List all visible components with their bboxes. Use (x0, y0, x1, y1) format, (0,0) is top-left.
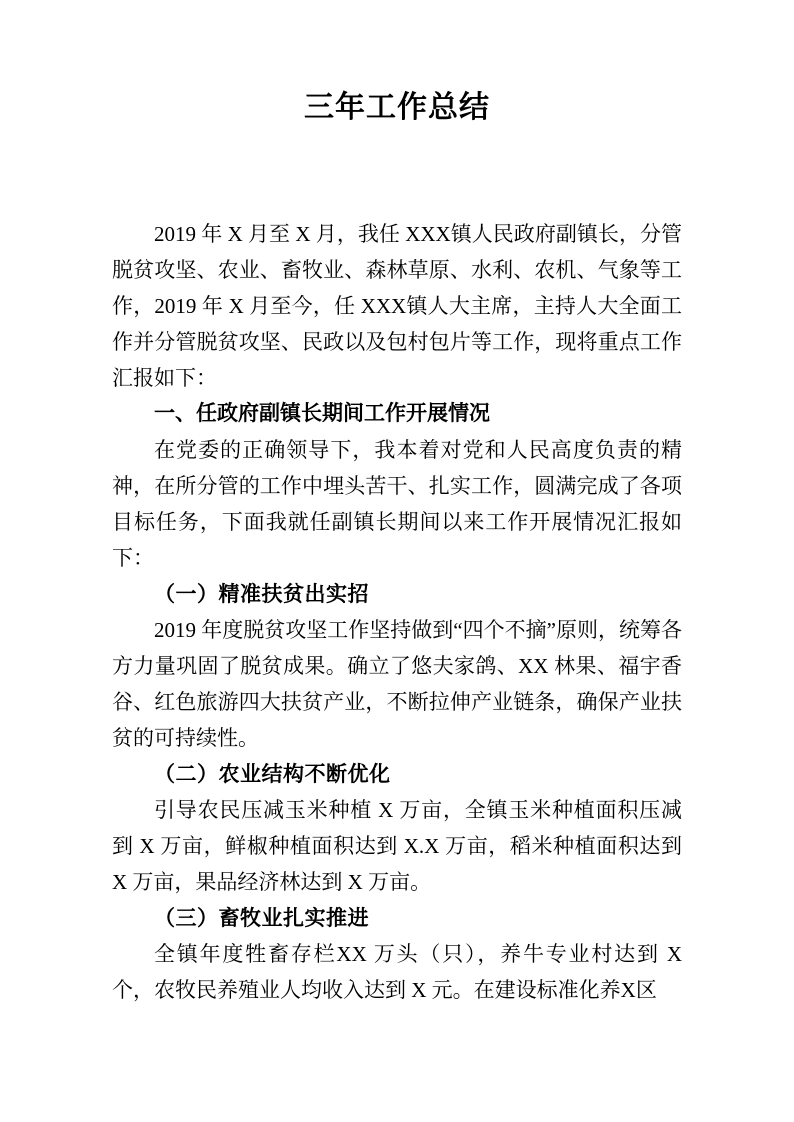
paragraph-section1-overview: 在党委的正确领导下，我本着对党和人民高度负责的精神，在所分管的工作中埋头苦干、扎… (112, 432, 682, 576)
subsection-heading-3-animal-husbandry: （三）畜牧业扎实推进 (112, 900, 682, 936)
section-heading-1: 一、任政府副镇长期间工作开展情况 (112, 396, 682, 432)
document-title: 三年工作总结 (112, 88, 682, 128)
paragraph-poverty-alleviation: 2019 年度脱贫攻坚工作坚持做到“四个不摘”原则，统筹各方力量巩固了脱贫成果。… (112, 612, 682, 756)
subsection-heading-2-agriculture-structure: （二）农业结构不断优化 (112, 756, 682, 792)
paragraph-intro: 2019 年 X 月至 X 月，我任 XXX镇人民政府副镇长，分管脱贫攻坚、农业… (112, 216, 682, 396)
document-content: 三年工作总结 2019 年 X 月至 X 月，我任 XXX镇人民政府副镇长，分管… (0, 0, 794, 1008)
subsection-heading-1-poverty-alleviation: （一）精准扶贫出实招 (112, 576, 682, 612)
paragraph-agriculture-structure: 引导农民压减玉米种植 X 万亩，全镇玉米种植面积压减到 X 万亩，鲜椒种植面积达… (112, 792, 682, 900)
paragraph-animal-husbandry: 全镇年度牲畜存栏XX 万头（只），养牛专业村达到 X 个，农牧民养殖业人均收入达… (112, 936, 682, 1008)
document-page: 三年工作总结 2019 年 X 月至 X 月，我任 XXX镇人民政府副镇长，分管… (0, 0, 794, 1122)
